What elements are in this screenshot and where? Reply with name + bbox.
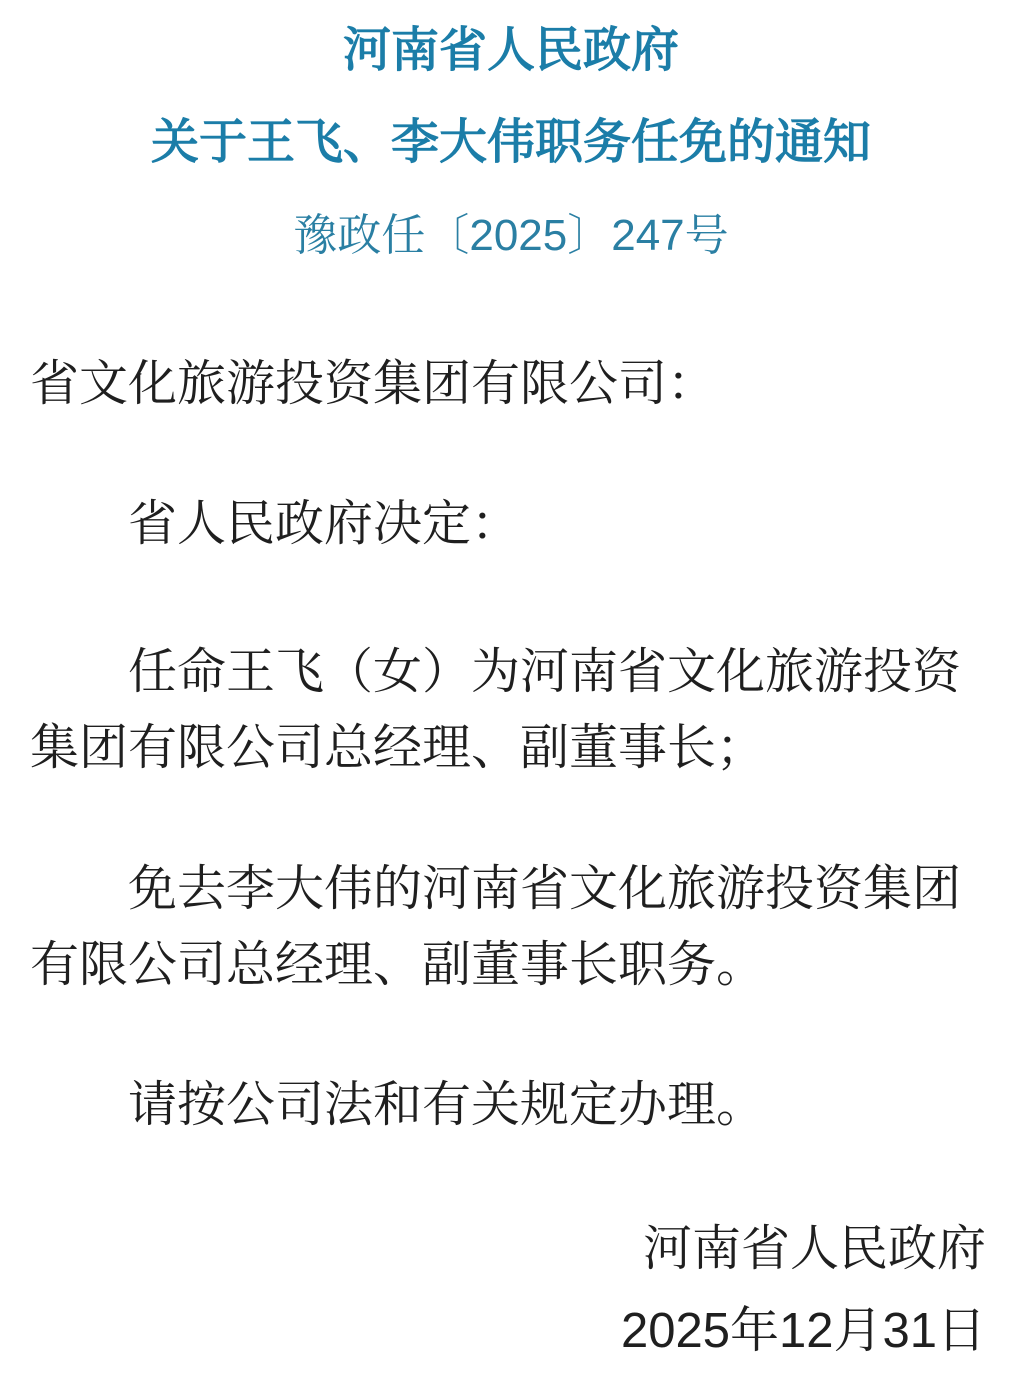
paragraph-decision: 省人民政府决定： (30, 487, 992, 563)
issuer-signature: 河南省人民政府 (30, 1212, 992, 1288)
document-page: { "document": { "title_line1": "河南省人民政府"… (0, 0, 1022, 1378)
document-number: 豫政任〔2025〕247号 (30, 202, 992, 270)
paragraph-removal: 免去李大伟的河南省文化旅游投资集团有限公司总经理、副董事长职务。 (30, 852, 992, 1004)
salutation-line: 省文化旅游投资集团有限公司： (30, 347, 992, 423)
issue-date: 2025年12月31日 (30, 1294, 992, 1370)
paragraph-appointment: 任命王飞（女）为河南省文化旅游投资集团有限公司总经理、副董事长； (30, 635, 992, 787)
document-title: 河南省人民政府 (30, 14, 992, 88)
paragraph-compliance: 请按公司法和有关规定办理。 (30, 1068, 992, 1144)
document-subject-title: 关于王飞、李大伟职务任免的通知 (30, 106, 992, 180)
